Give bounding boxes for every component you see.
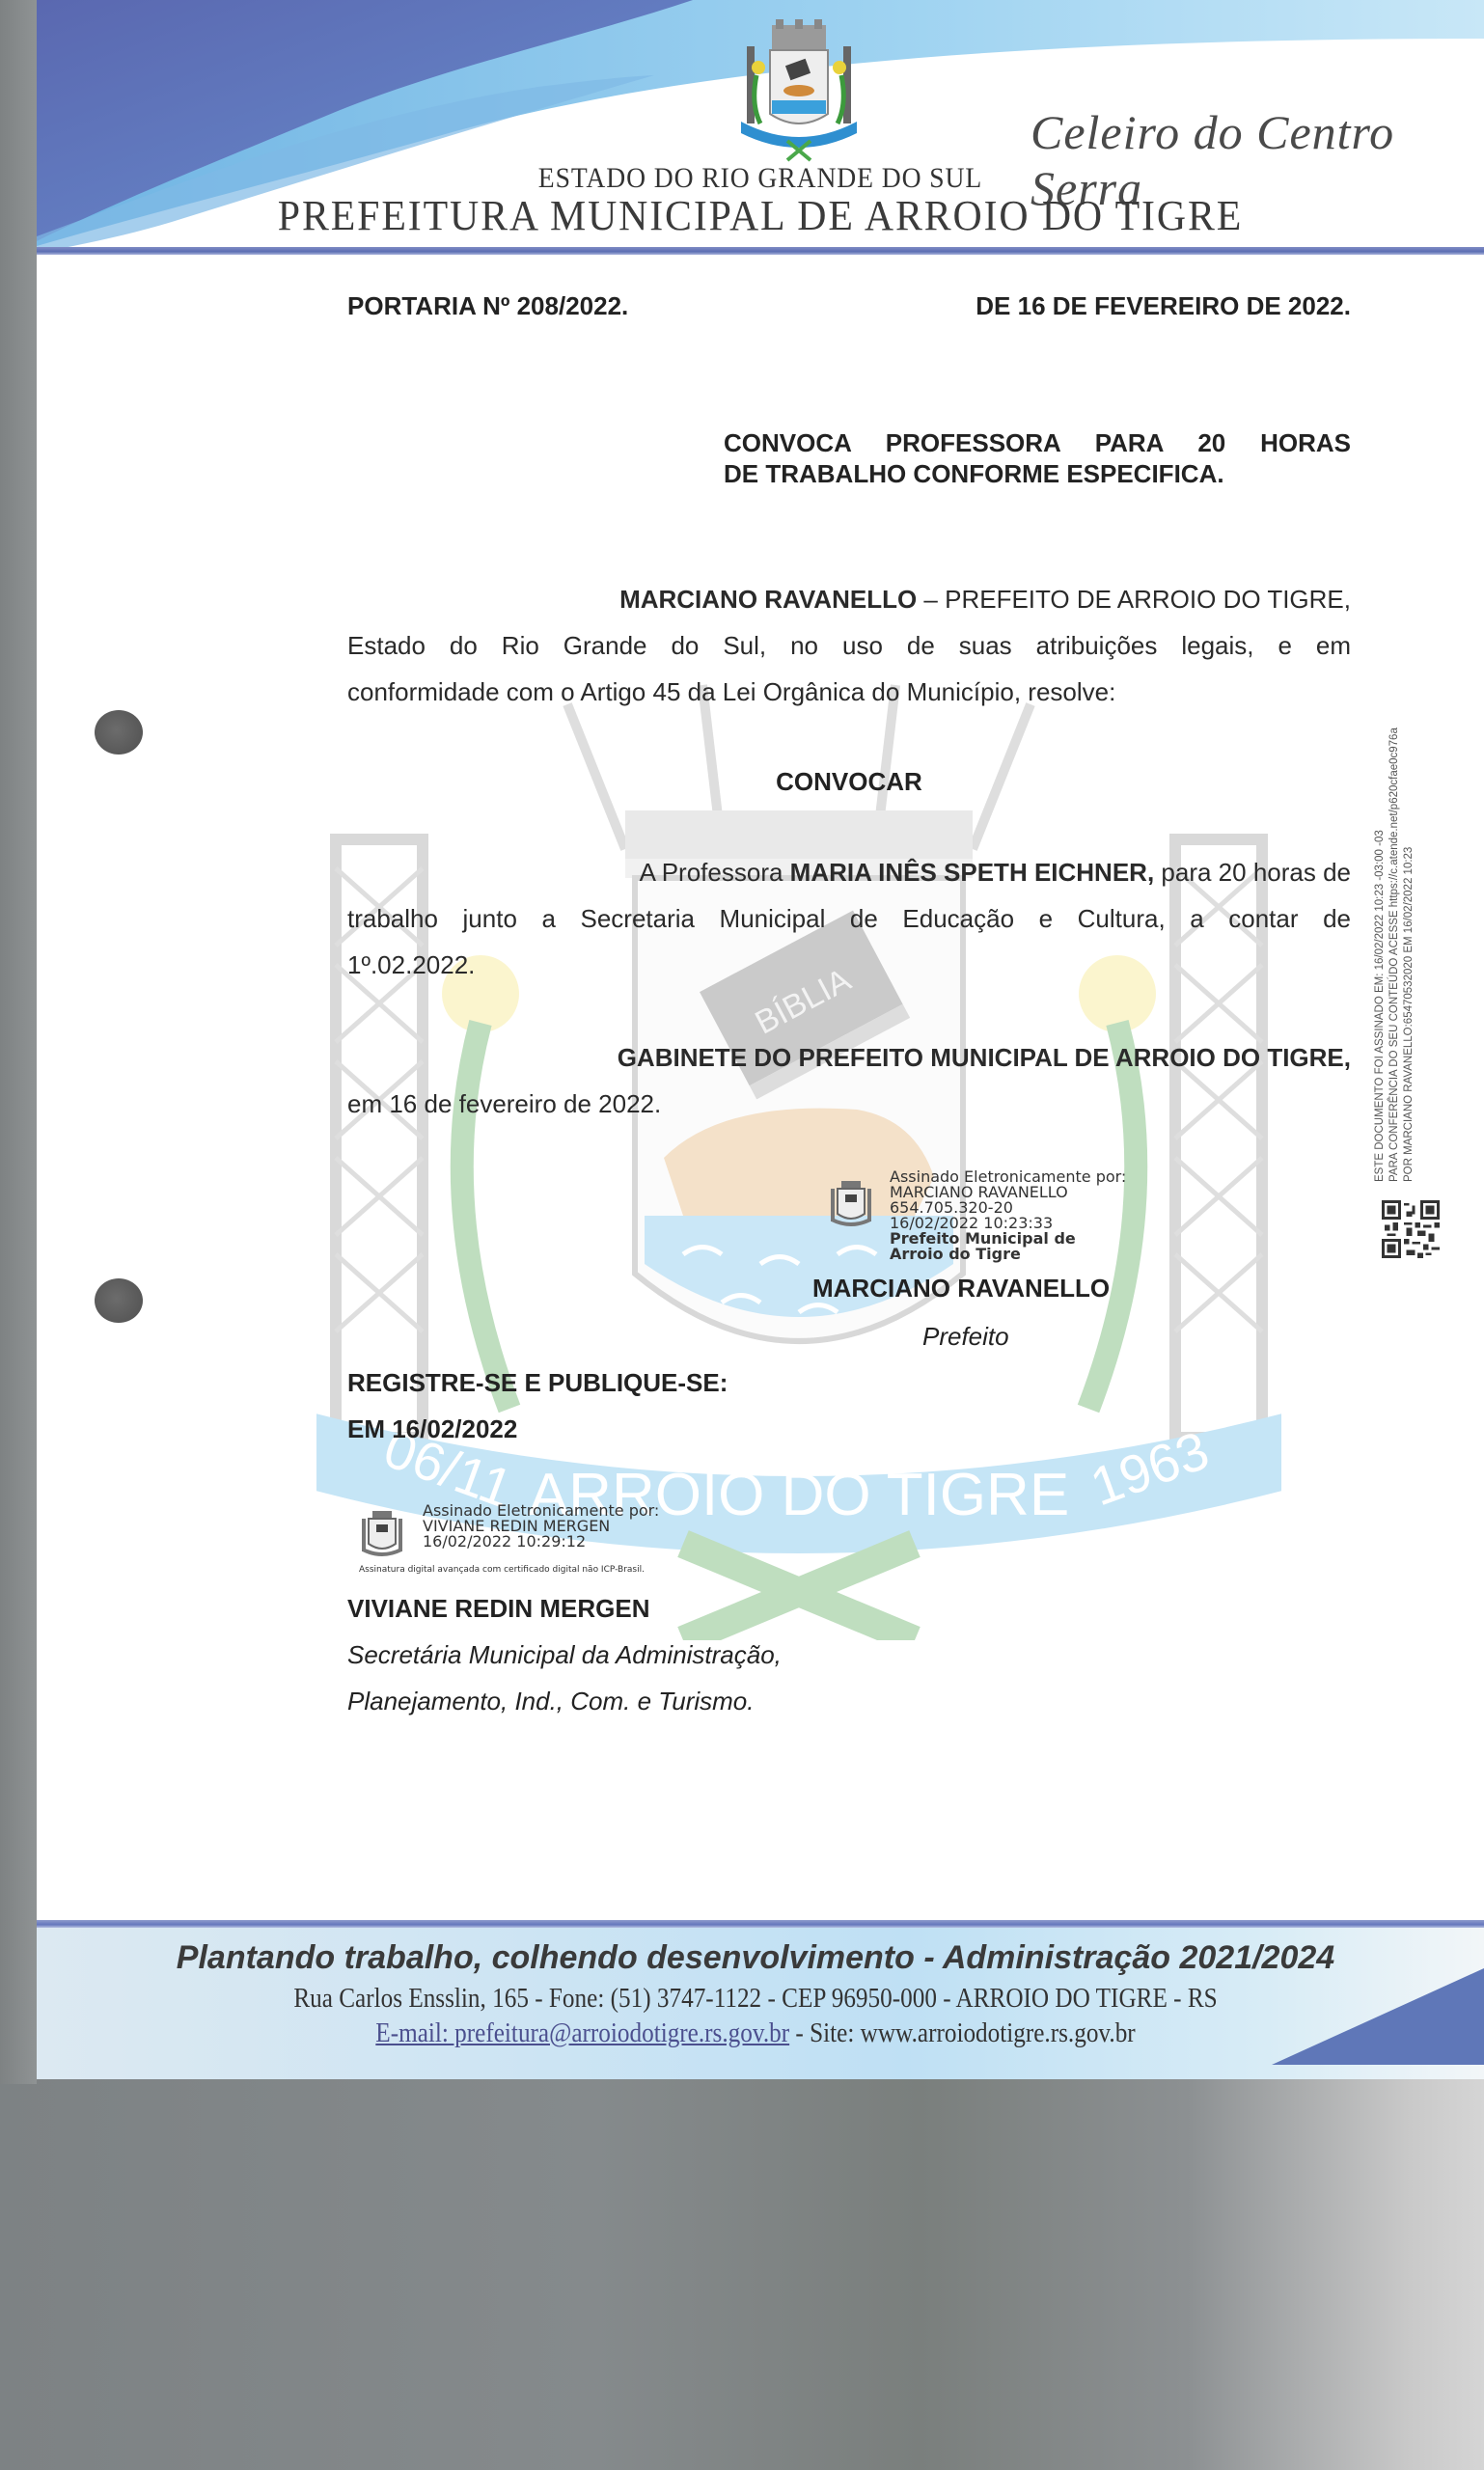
- summary-line-1: CONVOCA PROFESSORA PARA 20 HORAS: [724, 428, 1351, 458]
- footer-address: Rua Carlos Ensslin, 165 - Fone: (51) 374…: [109, 1984, 1403, 2015]
- preamble-line-3: conformidade com o Artigo 45 da Lei Orgâ…: [347, 669, 1351, 715]
- site-label: - Site: www.arroiodotigre.rs.gov.br: [789, 2018, 1136, 2048]
- signature-seal-icon: [828, 1179, 874, 1229]
- coat-of-arms-icon: [712, 17, 886, 162]
- mayor-name-inline: MARCIANO RAVANELLO: [619, 585, 917, 614]
- signature-seal-icon: [359, 1509, 405, 1559]
- secretary-title-line-2: Planejamento, Ind., Com. e Turismo.: [347, 1687, 754, 1716]
- closing-office: GABINETE DO PREFEITO MUNICIPAL DE ARROIO…: [347, 1034, 1351, 1081]
- state-name: ESTADO DO RIO GRANDE DO SUL: [95, 162, 1426, 195]
- action-heading: CONVOCAR: [347, 767, 1351, 797]
- document-page: Celeiro do Centro Serra ESTADO DO RIO GR…: [37, 0, 1484, 2079]
- register-line-1: REGISTRE-SE E PUBLIQUE-SE:: [347, 1368, 728, 1398]
- secretary-name: VIVIANE REDIN MERGEN: [347, 1594, 650, 1624]
- municipality-name: PREFEITURA MUNICIPAL DE ARROIO DO TIGRE: [73, 191, 1448, 240]
- preamble-line-2: Estado do Rio Grande do Sul, no uso de s…: [347, 622, 1351, 669]
- teacher-name: MARIA INÊS SPETH EICHNER,: [790, 858, 1155, 887]
- register-line-2: EM 16/02/2022: [347, 1414, 517, 1444]
- scanner-edge: [0, 0, 37, 2084]
- portaria-date: DE 16 DE FEVEREIRO DE 2022.: [917, 291, 1351, 321]
- closing-date: em 16 de fevereiro de 2022.: [347, 1081, 1351, 1127]
- footer-divider: [37, 1920, 1484, 1928]
- portaria-number: PORTARIA Nº 208/2022.: [347, 291, 628, 321]
- mayor-title: Prefeito: [922, 1322, 1009, 1352]
- footer: Plantando trabalho, colhendo desenvolvim…: [37, 1920, 1484, 2079]
- article-line-2: trabalho junto a Secretaria Municipal de…: [347, 895, 1351, 942]
- footer-accent-shape: [1272, 1959, 1484, 2065]
- email-link[interactable]: E-mail: prefeitura@arroiodotigre.rs.gov.…: [375, 2018, 789, 2048]
- secretary-esignature-stamp: Assinado Eletronicamente por: VIVIANE RE…: [423, 1503, 659, 1550]
- summary-line-2: DE TRABALHO CONFORME ESPECIFICA.: [724, 459, 1351, 489]
- header-divider: [37, 247, 1484, 255]
- mayor-name: MARCIANO RAVANELLO: [812, 1274, 1110, 1304]
- article-line-3: 1º.02.2022.: [347, 942, 1351, 988]
- punch-hole: [95, 710, 143, 755]
- secretary-title-line-1: Secretária Municipal da Administração,: [347, 1640, 782, 1670]
- article-line-1: A Professora MARIA INÊS SPETH EICHNER, p…: [347, 849, 1351, 895]
- coat-of-arms-watermark-icon: BÍBLIA ARROIO DO TIGRE 06/11 1963: [316, 675, 1281, 1640]
- signature-note: Assinatura digital avançada com certific…: [359, 1565, 745, 1576]
- mayor-esignature-stamp: Assinado Eletronicamente por: MARCIANO R…: [890, 1169, 1126, 1262]
- qr-code-icon[interactable]: [1382, 1200, 1440, 1258]
- footer-contact: E-mail: prefeitura@arroiodotigre.rs.gov.…: [109, 2018, 1403, 2049]
- preamble-line-1: MARCIANO RAVANELLO – PREFEITO DE ARROIO …: [347, 576, 1351, 622]
- verification-link[interactable]: PARA CONFERÊNCIA DO SEU CONTEÚDO ACESSE …: [1388, 642, 1402, 1182]
- verification-stamp: ESTE DOCUMENTO FOI ASSINADO EM: 16/02/20…: [1373, 642, 1431, 1182]
- footer-slogan: Plantando trabalho, colhendo desenvolvim…: [37, 1939, 1474, 1977]
- punch-hole: [95, 1278, 143, 1323]
